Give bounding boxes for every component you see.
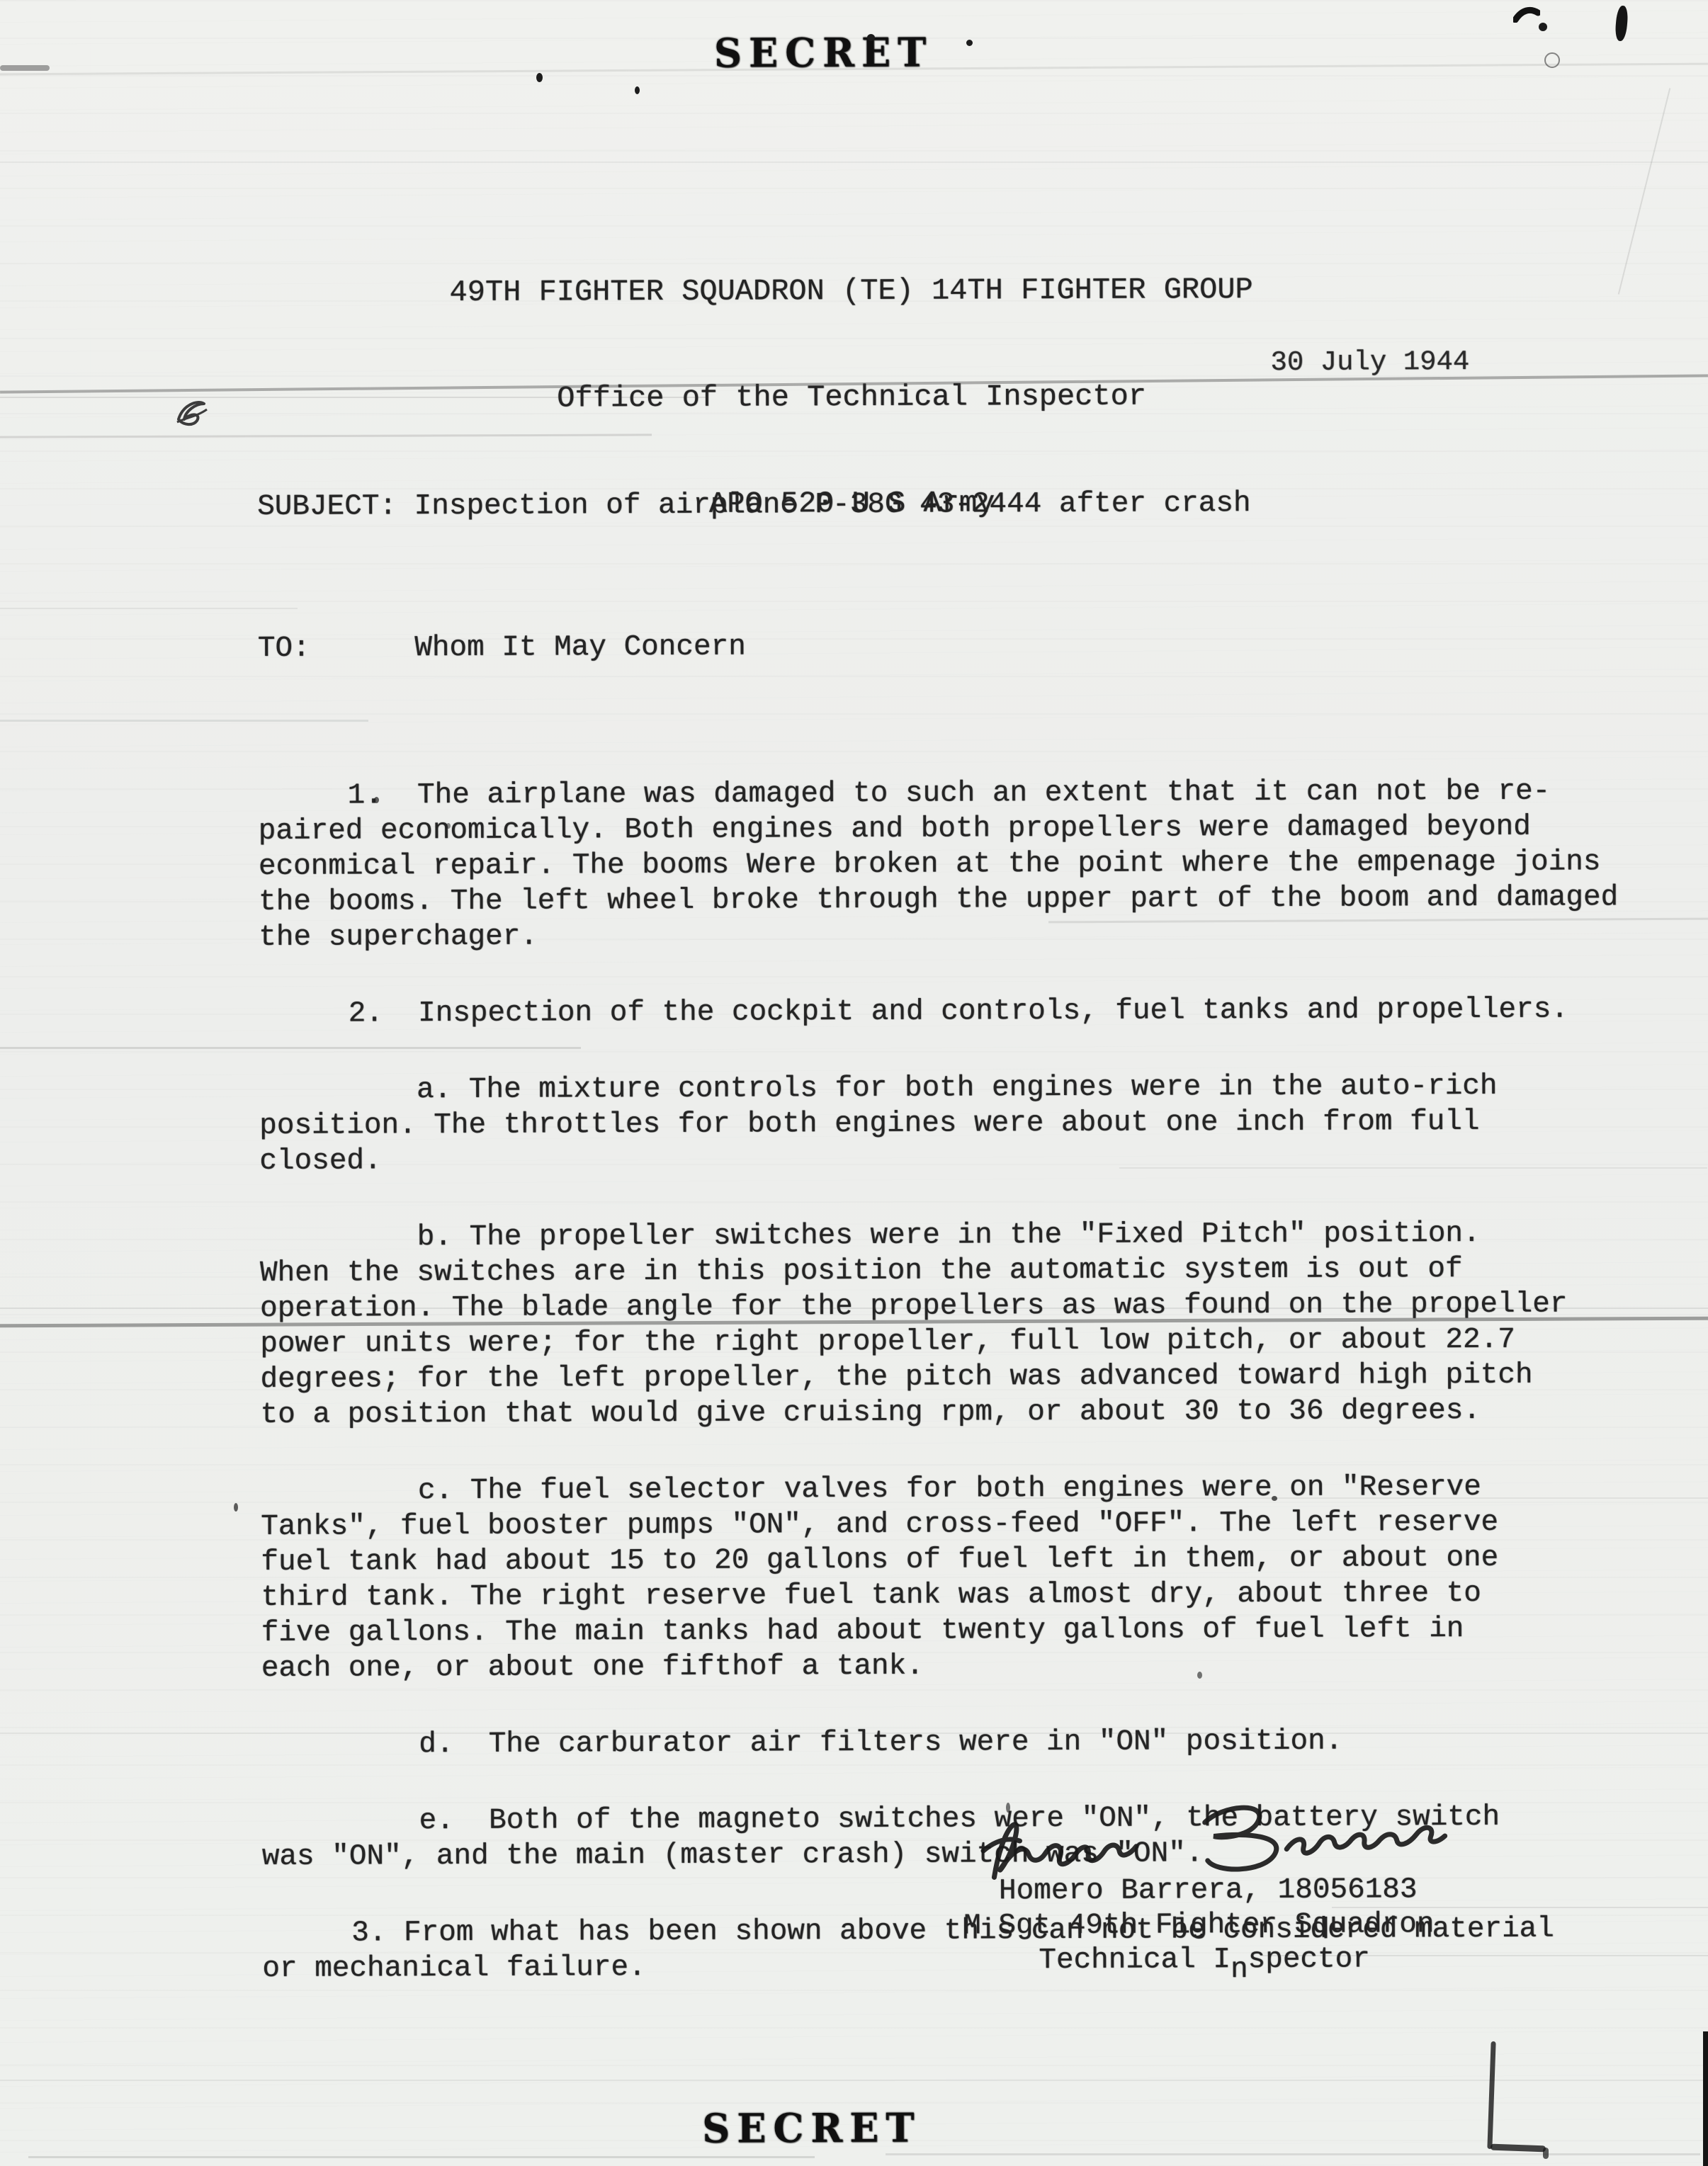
signature-rank-unit: M Sgt 49th Fighter Squadron <box>963 1908 1434 1942</box>
signature-title-text: Technical I <box>1039 1944 1231 1977</box>
body-line: closed. <box>259 1139 1658 1179</box>
paragraph: a. The mixture controls for both engines… <box>259 1068 1659 1179</box>
body-line: power units were; for the right propelle… <box>260 1322 1659 1362</box>
body-line: d. The carburator air filters were in "O… <box>261 1723 1661 1763</box>
body-line: 2. Inspection of the cockpit and control… <box>259 992 1658 1032</box>
letterhead-office-line: Office of the Technical Inspector <box>0 377 1706 418</box>
body-line: fuel tank had about 15 to 20 gallons of … <box>261 1540 1660 1580</box>
body-line: 1. The airplane was damaged to such an e… <box>258 773 1657 814</box>
paragraph: 3. From what has been shown above this c… <box>262 1911 1661 1987</box>
body-line: When the switches are in this position t… <box>260 1251 1659 1291</box>
body-line: to a position that would give cruising r… <box>261 1393 1660 1433</box>
body-line: 3. From what has been shown above this c… <box>262 1911 1661 1951</box>
body-line: third tank. The right reserve fuel tank … <box>261 1575 1660 1616</box>
body-line: degrees; for the left propeller, the pit… <box>260 1357 1659 1397</box>
paragraph: d. The carburator air filters were in "O… <box>261 1723 1661 1763</box>
paragraph: c. The fuel selector valves for both eng… <box>261 1469 1661 1686</box>
to-line: TO: Whom It May Concern <box>258 626 1657 667</box>
subject-line: SUBJECT: Inspection of airplane P-38G 43… <box>257 484 1656 525</box>
letterhead-unit-line: 49TH FIGHTER SQUADRON (TE) 14TH FIGHTER … <box>0 271 1705 312</box>
corner-pen-ring <box>1544 52 1560 68</box>
paragraph: b. The propeller switches were in the "F… <box>260 1215 1660 1433</box>
classification-stamp-bottom: SECRET <box>702 2104 922 2152</box>
body-line: a. The mixture controls for both engines… <box>259 1068 1658 1108</box>
paragraph: 2. Inspection of the cockpit and control… <box>259 992 1658 1032</box>
body-line: five gallons. The main tanks had about t… <box>261 1611 1661 1651</box>
body-line: each one, or about one fifthof a tank. <box>261 1646 1661 1686</box>
body-line: Tanks", fuel booster pumps "ON", and cro… <box>261 1504 1660 1545</box>
body-line: paired economically. Both engines and bo… <box>259 809 1658 849</box>
classification-stamp-top: SECRET <box>714 28 934 76</box>
paragraph: 1. The airplane was damaged to such an e… <box>258 773 1658 956</box>
body-line: c. The fuel selector valves for both eng… <box>261 1469 1660 1509</box>
corner-l-mark-hook <box>1543 2148 1549 2159</box>
body-line: the booms. The left wheel broke through … <box>259 880 1658 920</box>
body-line: the superchager. <box>259 915 1658 956</box>
body-line: or mechanical failure. <box>262 1946 1661 1987</box>
scanned-document-page: SECRET 49TH FIGHTER SQUADRON (TE) 14TH F… <box>0 0 1708 2166</box>
body-line: b. The propeller switches were in the "F… <box>260 1215 1659 1256</box>
body-line: operation. The blade angle for the prope… <box>260 1286 1659 1327</box>
signature-typed-name: Homero Barrera, 18056183 <box>999 1873 1418 1907</box>
signature-title: Technical Inspector <box>1039 1943 1370 1977</box>
document-content: SECRET 49TH FIGHTER SQUADRON (TE) 14TH F… <box>0 0 1708 2166</box>
body-line: position. The throttles for both engines… <box>259 1104 1658 1144</box>
signature-title-dropped-n: n <box>1231 1954 1248 1986</box>
page-edge-shadow <box>1703 2031 1708 2166</box>
date-line: 30 July 1944 <box>1270 346 1469 378</box>
signature-title-text-end: spector <box>1248 1943 1370 1976</box>
body-line: econmical repair. The booms Were broken … <box>259 844 1658 885</box>
